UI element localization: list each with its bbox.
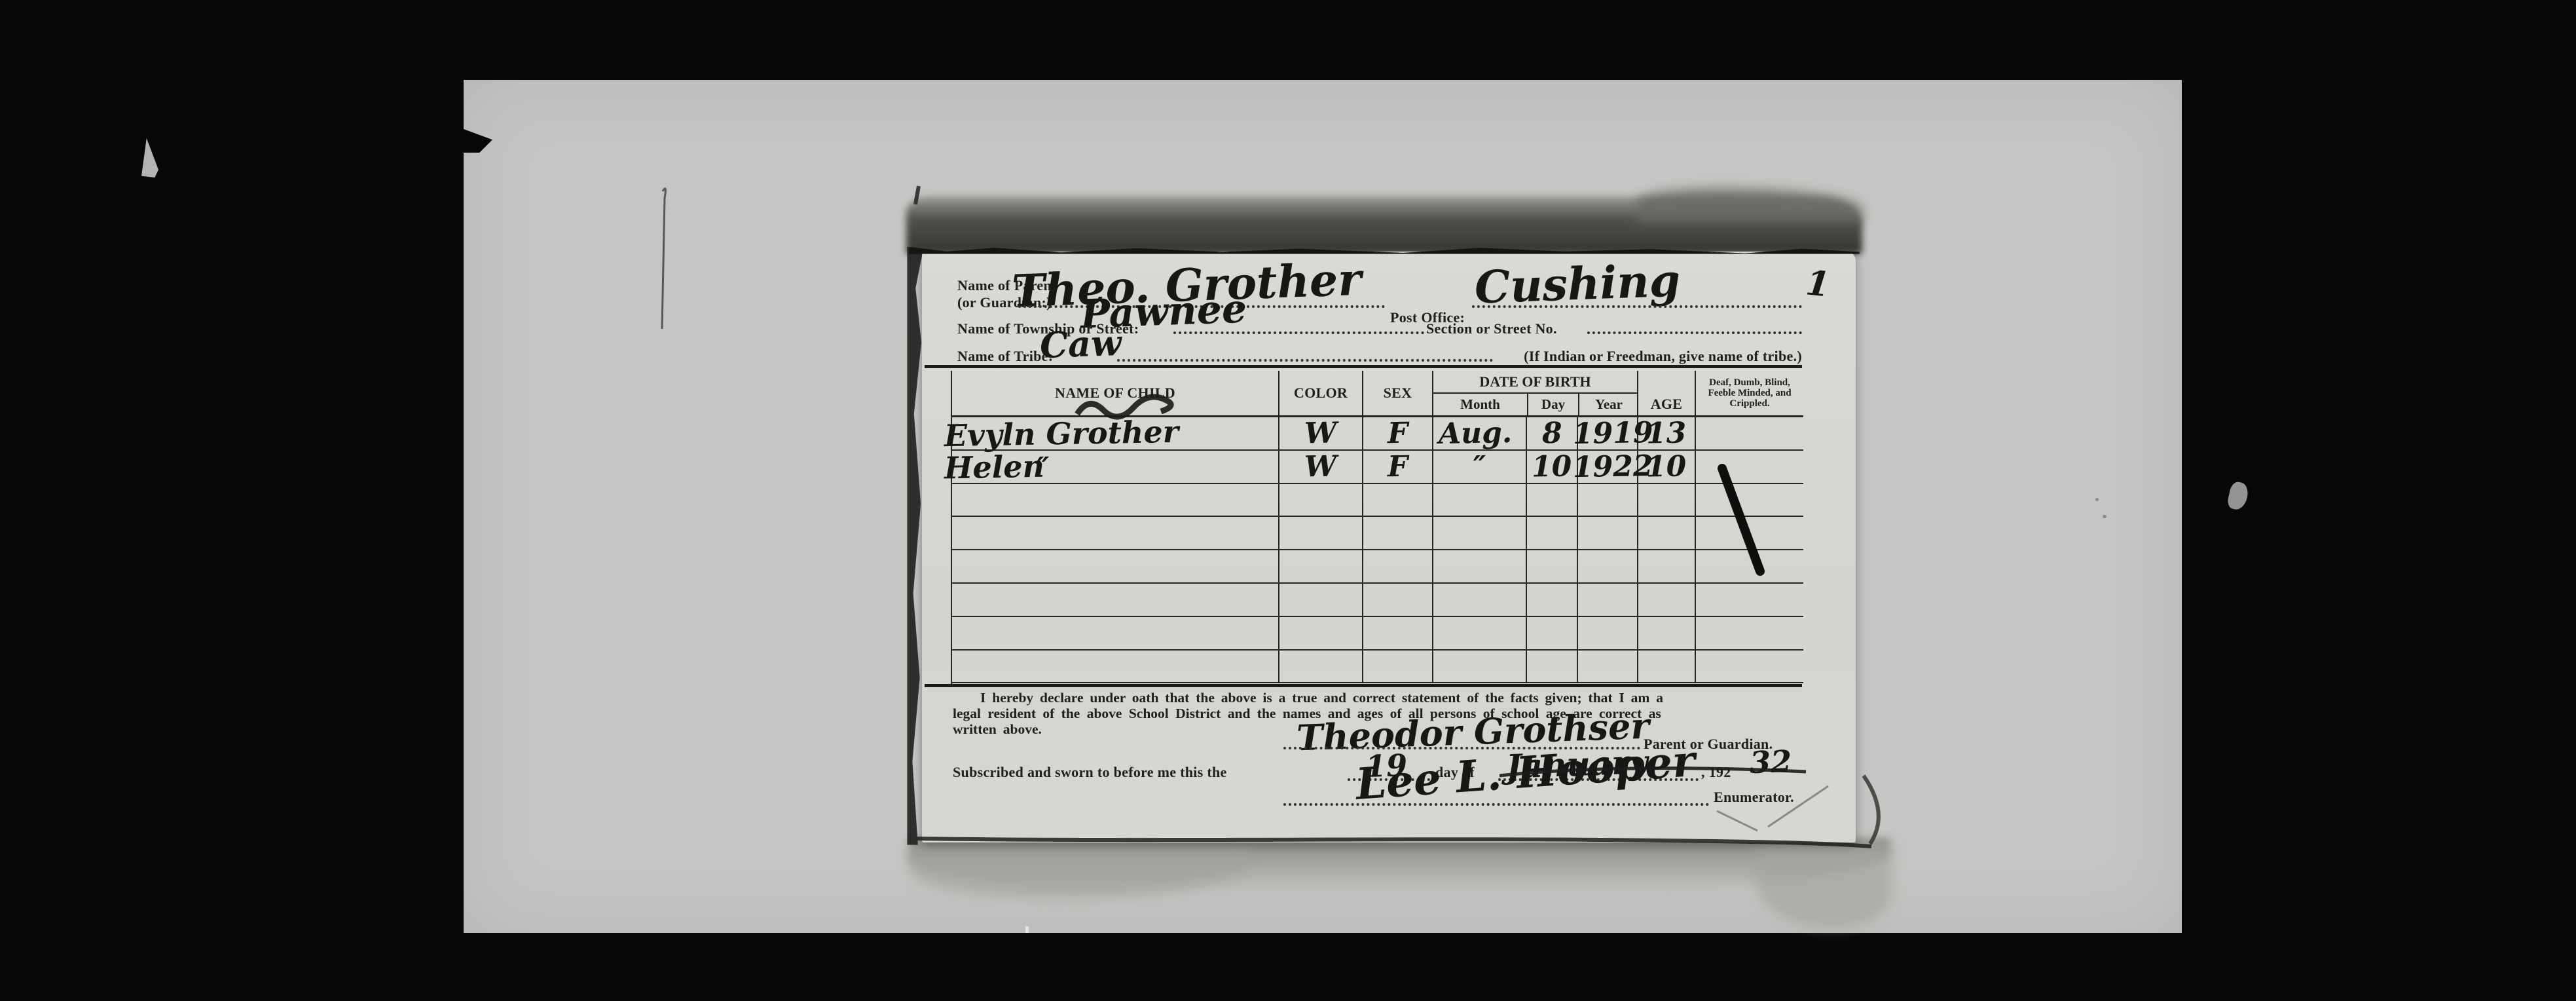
- col-header-disability: Deaf, Dumb, Blind, Feeble Minded, and Cr…: [1696, 371, 1803, 415]
- film-emulsion-blob: [2226, 481, 2250, 512]
- table-row-2-year: [1578, 484, 1638, 518]
- table-row-0-year: 1919: [1578, 417, 1638, 451]
- table-row-5-sex: [1363, 584, 1433, 617]
- col-header-day: Day: [1527, 394, 1578, 415]
- table-row-2-day: [1527, 484, 1578, 518]
- table-row-6-disability: [1696, 617, 1803, 651]
- col-header-sex: SEX: [1363, 371, 1433, 415]
- table-row-1-month: ″: [1433, 451, 1527, 484]
- table-row-6-name: [952, 617, 1279, 651]
- table-row-2-month: [1433, 484, 1527, 518]
- table-row-4-name: [952, 550, 1279, 584]
- table-row-5-name: [952, 584, 1279, 617]
- children-table-header: NAME OF CHILD COLOR SEX DATE OF BIRTH Mo…: [951, 371, 1803, 417]
- table-row-6-age: [1638, 617, 1696, 651]
- table-row-0-day: 8: [1527, 417, 1578, 451]
- dust-speck: [2095, 498, 2099, 501]
- table-row-7-age: [1638, 651, 1696, 684]
- table-row-4-color: [1279, 550, 1363, 584]
- table-row-1-color: W: [1279, 451, 1363, 484]
- table-row-2-disability: [1696, 484, 1803, 518]
- col-header-dob: DATE OF BIRTH: [1433, 371, 1637, 394]
- table-row-7-sex: [1363, 651, 1433, 684]
- table-row-5-day: [1527, 584, 1578, 617]
- table-row-6-color: [1279, 617, 1363, 651]
- table-row-2-name: [952, 484, 1279, 518]
- table-row-0-age: 13: [1638, 417, 1696, 451]
- tribe-note: (If Indian or Freedman, give name of tri…: [1494, 348, 1802, 365]
- post-office-handwriting: Cushing: [1474, 259, 1681, 311]
- table-row-1-sex: F: [1363, 451, 1433, 484]
- declaration-line-3: written above.: [953, 721, 1042, 737]
- col-header-age: AGE: [1638, 371, 1696, 415]
- township-field-line: [1173, 331, 1424, 334]
- col-header-color: COLOR: [1279, 371, 1363, 415]
- sworn-statement-label: Subscribed and sworn to before me this t…: [953, 764, 1227, 781]
- table-row-3-year: [1578, 517, 1638, 550]
- table-row-3-sex: [1363, 517, 1433, 550]
- table-row-3-day: [1527, 517, 1578, 550]
- table-row-7-month: [1433, 651, 1527, 684]
- table-row-3-age: [1638, 517, 1696, 550]
- section-divider-rule: [925, 365, 1802, 368]
- tribe-field-line: [1117, 359, 1493, 362]
- table-row-5-month: [1433, 584, 1527, 617]
- scanned-census-card-viewer: { "scan": { "page_mark": "1", "form": { …: [0, 0, 2576, 1001]
- table-row-5-age: [1638, 584, 1696, 617]
- table-row-3-color: [1279, 517, 1363, 550]
- enumerator-label: Enumerator.: [1714, 789, 1794, 806]
- sworn-year-handwriting: 32: [1749, 746, 1792, 778]
- table-row-3-month: [1433, 517, 1527, 550]
- enumerator-signature-line: [1283, 803, 1709, 806]
- section-label: Section or Street No.: [1426, 320, 1557, 337]
- table-row-6-sex: [1363, 617, 1433, 651]
- table-row-1-day: 10: [1527, 451, 1578, 484]
- table-row-7-year: [1578, 651, 1638, 684]
- table-row-4-age: [1638, 550, 1696, 584]
- children-table-body: Evyln Grother W F Aug. 8 1919 13 Helen″ …: [951, 417, 1803, 684]
- table-row-7-disability: [1696, 651, 1803, 684]
- table-row-7-name: [952, 651, 1279, 684]
- table-row-2-sex: [1363, 484, 1433, 518]
- tribe-label: Name of Tribe:: [957, 348, 1053, 365]
- table-row-5-color: [1279, 584, 1363, 617]
- table-row-4-sex: [1363, 550, 1433, 584]
- table-row-0-disability: [1696, 417, 1803, 451]
- table-row-3-name: [952, 517, 1279, 550]
- table-row-1-age: 10: [1638, 451, 1696, 484]
- col-header-year: Year: [1578, 394, 1638, 415]
- table-row-6-month: [1433, 617, 1527, 651]
- table-row-0-sex: F: [1363, 417, 1433, 451]
- film-scratch-mark: [141, 138, 158, 178]
- table-row-1-year: 1922: [1578, 451, 1638, 484]
- table-row-6-day: [1527, 617, 1578, 651]
- table-row-5-year: [1578, 584, 1638, 617]
- table-row-1-disability: [1696, 451, 1803, 484]
- table-row-0-month: Aug.: [1433, 417, 1527, 451]
- table-row-2-age: [1638, 484, 1696, 518]
- table-row-1-name: Helen″: [952, 451, 1279, 484]
- table-row-4-disability: [1696, 550, 1803, 584]
- page-edge-tick: [1025, 926, 1029, 933]
- col-header-dob-group: DATE OF BIRTH Month Day Year: [1433, 371, 1638, 415]
- table-row-7-day: [1527, 651, 1578, 684]
- table-row-0-color: W: [1279, 417, 1363, 451]
- col-header-name: NAME OF CHILD: [952, 371, 1279, 415]
- dust-speck: [2103, 515, 2107, 518]
- table-row-6-year: [1578, 617, 1638, 651]
- table-row-0-name: Evyln Grother: [952, 417, 1279, 451]
- table-row-4-month: [1433, 550, 1527, 584]
- table-row-7-color: [1279, 651, 1363, 684]
- col-header-month: Month: [1433, 394, 1527, 415]
- declaration-line-1: I hereby declare under oath that the abo…: [953, 690, 1663, 706]
- printed-year-prefix: , 192: [1701, 764, 1731, 781]
- tribe-handwriting: Caw: [1039, 325, 1122, 363]
- section-field-line: [1587, 331, 1802, 334]
- table-row-4-year: [1578, 550, 1638, 584]
- table-row-3-disability: [1696, 517, 1803, 550]
- table-row-2-color: [1279, 484, 1363, 518]
- table-bottom-rule: [925, 684, 1802, 687]
- table-row-4-day: [1527, 550, 1578, 584]
- page-mark: 1: [1804, 266, 1831, 302]
- post-office-field-line: [1472, 305, 1802, 308]
- table-row-5-disability: [1696, 584, 1803, 617]
